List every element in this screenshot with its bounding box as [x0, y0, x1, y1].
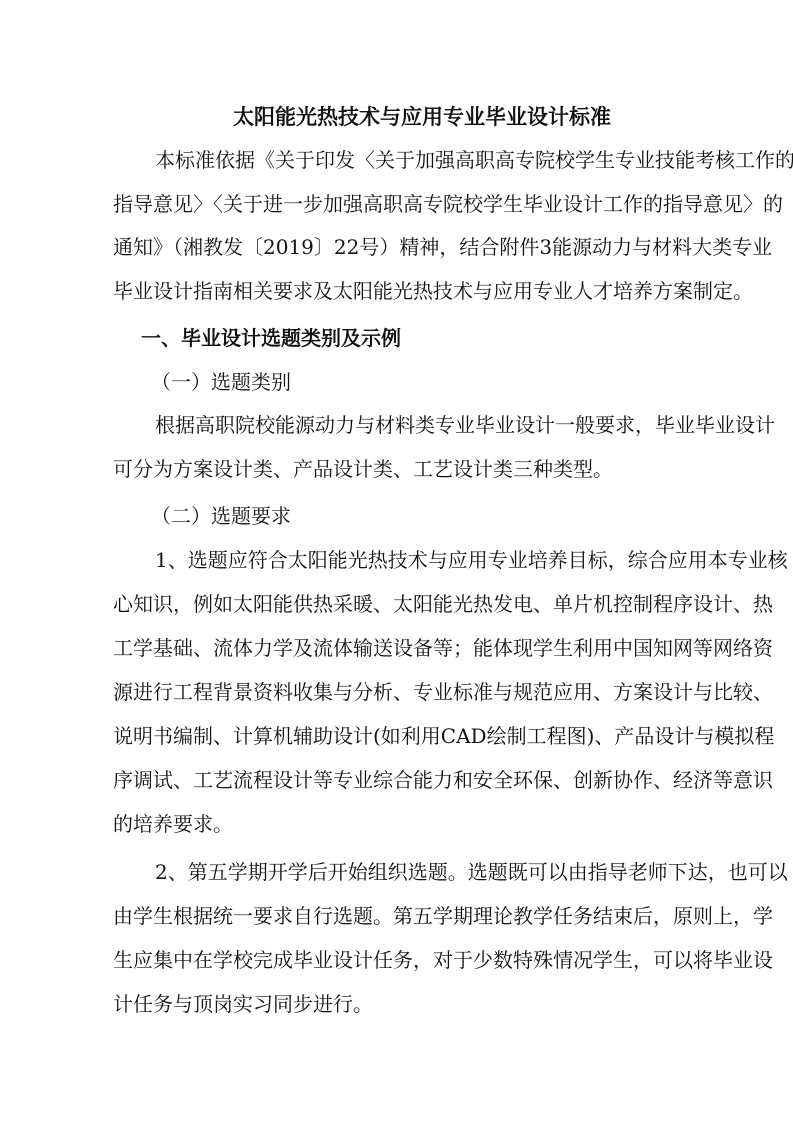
section-heading: 一、毕业设计选题类别及示例: [113, 324, 717, 352]
paragraph-line: 计任务与顶岗实习同步进行。: [113, 990, 731, 1018]
paragraph-line: 由学生根据统一要求自行选题。第五学期理论教学任务结束后，原则上，学: [113, 902, 731, 930]
subsection-heading: （二）选题要求: [113, 502, 727, 530]
paragraph-line: 1、选题应符合太阳能光热技术与应用专业培养目标，综合应用本专业核: [113, 546, 731, 574]
paragraph-line: 心知识，例如太阳能供热采暖、太阳能光热发电、单片机控制程序设计、热: [113, 590, 731, 618]
paragraph-line: 根据高职院校能源动力与材料类专业毕业设计一般要求，毕业毕业设计: [113, 411, 731, 439]
paragraph-line: 可分为方案设计类、产品设计类、工艺设计类三种类型。: [113, 455, 731, 483]
paragraph-line: 2、第五学期开学后开始组织选题。选题既可以由指导老师下达，也可以: [113, 858, 731, 886]
paragraph-line: 的培养要求。: [113, 810, 731, 838]
paragraph-line: 工学基础、流体力学及流体输送设备等；能体现学生利用中国知网等网络资: [113, 634, 731, 662]
paragraph-line: 通知》（湘教发〔2019〕22号）精神，结合附件3能源动力与材料大类专业: [113, 233, 731, 261]
paragraph-line: 源进行工程背景资料收集与分析、专业标准与规范应用、方案设计与比较、: [113, 678, 731, 706]
subsection-heading: （一）选题类别: [113, 368, 727, 396]
paragraph-line: 生应集中在学校完成毕业设计任务，对于少数特殊情况学生，可以将毕业设: [113, 946, 731, 974]
document-title: 太阳能光热技术与应用专业毕业设计标准: [113, 103, 731, 131]
paragraph-line: 指导意见〉〈关于进一步加强高职高专院校学生毕业设计工作的指导意见〉的: [113, 190, 731, 218]
paragraph-line: 毕业设计指南相关要求及太阳能光热技术与应用专业人才培养方案制定。: [113, 277, 731, 305]
paragraph-line: 本标准依据《关于印发〈关于加强高职高专院校学生专业技能考核工作的: [113, 146, 731, 174]
paragraph-line: 说明书编制、计算机辅助设计(如利用CAD绘制工程图)、产品设计与模拟程: [113, 722, 731, 750]
paragraph-line: 序调试、工艺流程设计等专业综合能力和安全环保、创新协作、经济等意识: [113, 766, 731, 794]
